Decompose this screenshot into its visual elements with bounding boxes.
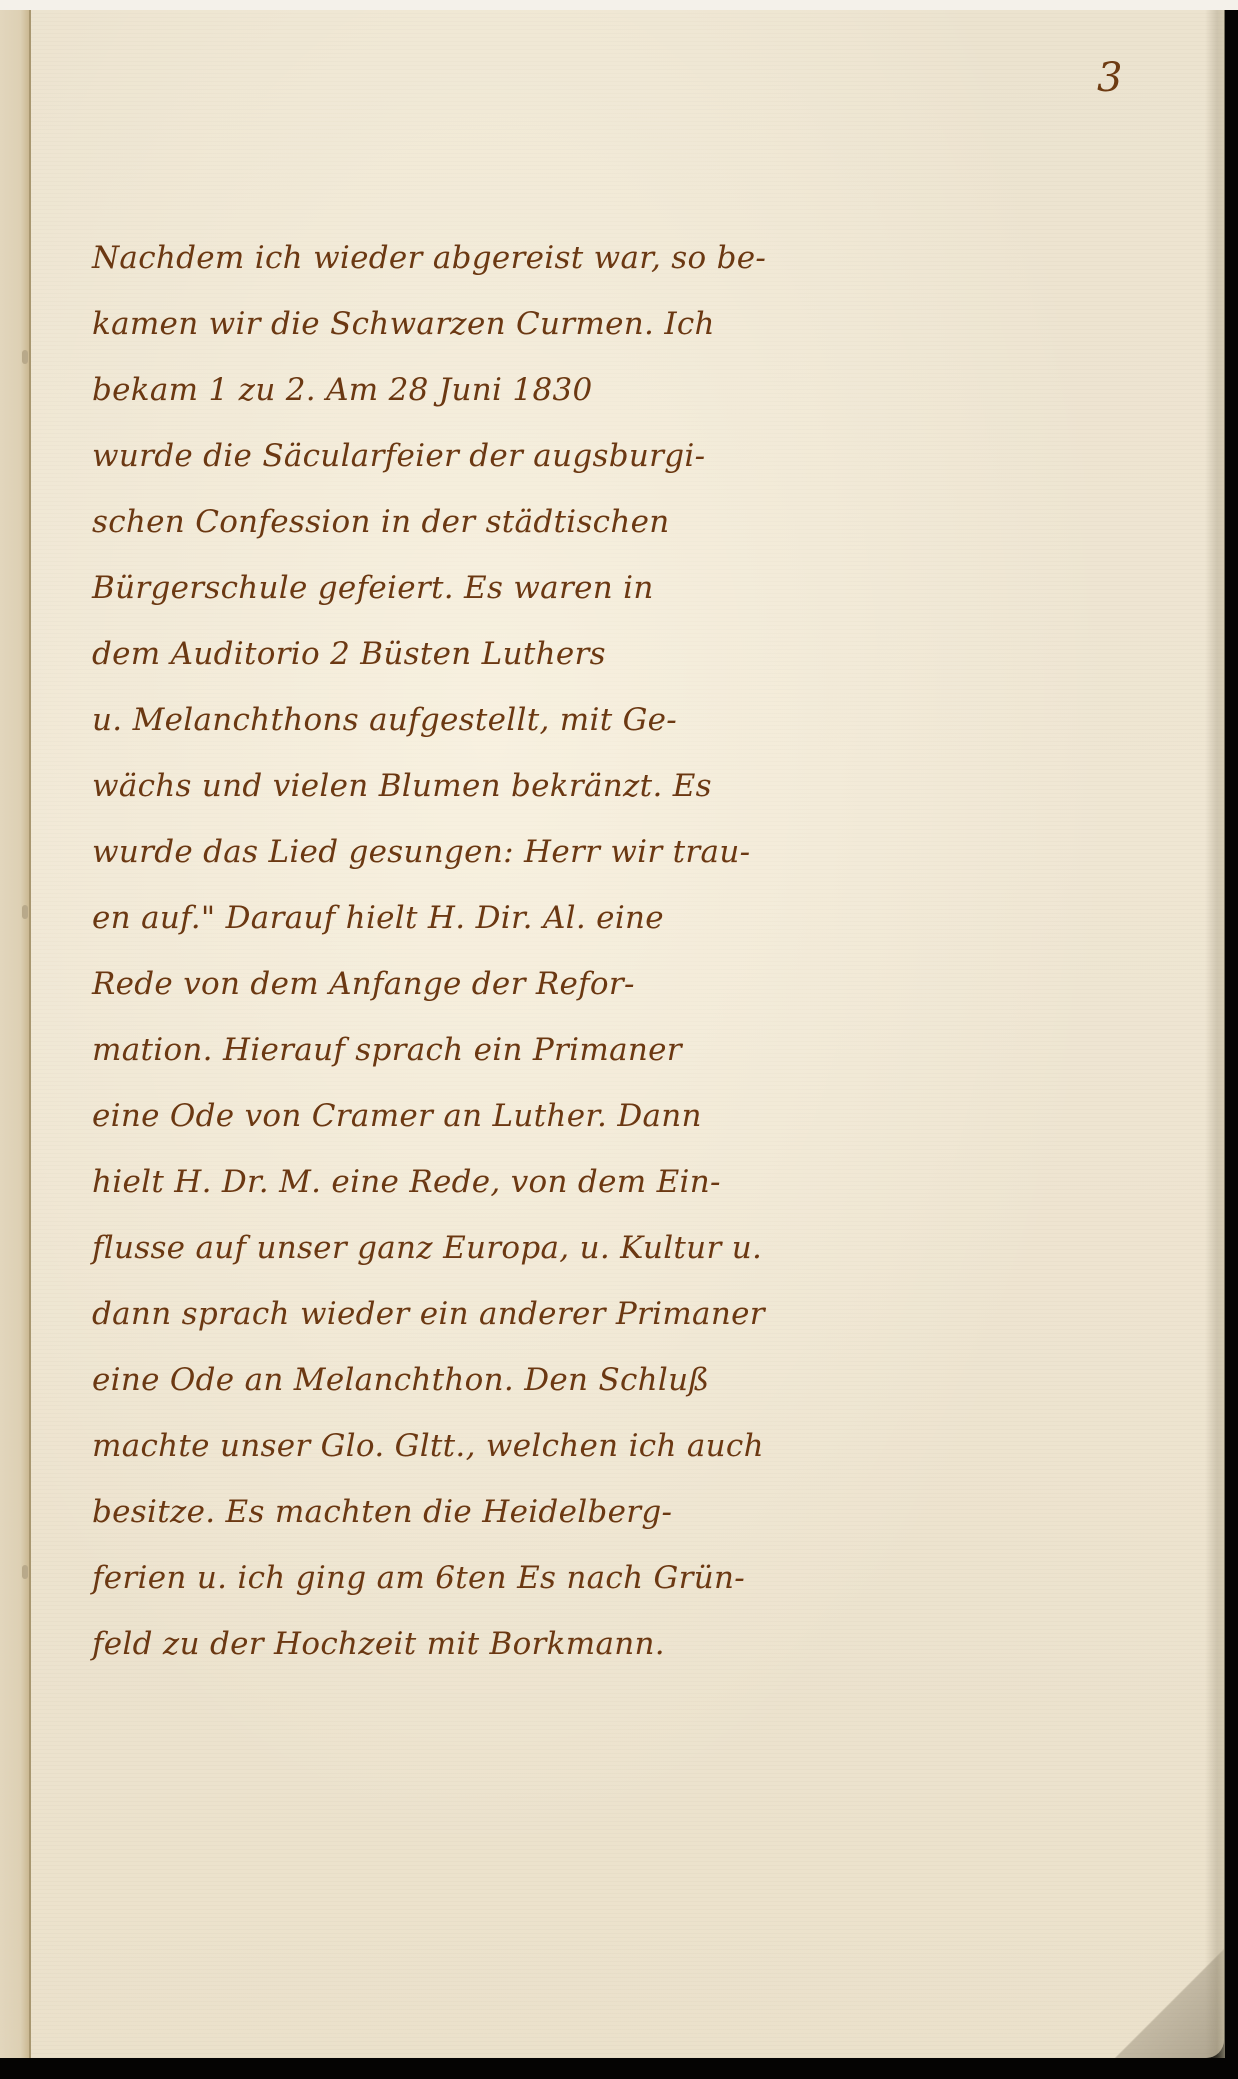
text-line: eine Ode von Cramer an Luther. Dann (92, 1083, 852, 1149)
scan-top-margin (0, 0, 1238, 10)
text-line: ferien u. ich ging am 6ten Es nach Grün- (92, 1545, 852, 1611)
text-line: wurde das Lied gesungen: Herr wir trau- (92, 819, 852, 885)
page-right-edge (1205, 10, 1225, 2058)
text-line: dann sprach wieder ein anderer Primaner (92, 1281, 852, 1347)
text-line: besitze. Es machten die Heidelberg- (92, 1479, 852, 1545)
binding-stitch (22, 1565, 28, 1579)
handwritten-text-block: Nachdem ich wieder abgereist war, so be-… (92, 225, 852, 1677)
text-line: mation. Hierauf sprach ein Primaner (92, 1017, 852, 1083)
text-line: hielt H. Dr. M. eine Rede, von dem Ein- (92, 1149, 852, 1215)
text-line: wurde die Säcularfeier der augsburgi- (92, 423, 852, 489)
text-line: kamen wir die Schwarzen Curmen. Ich (92, 291, 852, 357)
text-line: u. Melanchthons aufgestellt, mit Ge- (92, 687, 852, 753)
text-line: feld zu der Hochzeit mit Borkmann. (92, 1611, 852, 1677)
text-line: Bürgerschule gefeiert. Es waren in (92, 555, 852, 621)
text-line: en auf." Darauf hielt H. Dir. Al. eine (92, 885, 852, 951)
text-line: dem Auditorio 2 Büsten Luthers (92, 621, 852, 687)
text-line: wächs und vielen Blumen bekränzt. Es (92, 753, 852, 819)
page-number: 3 (1097, 55, 1122, 101)
text-line: Rede von dem Anfange der Refor- (92, 951, 852, 1017)
binding-gutter (0, 10, 31, 2058)
text-line: Nachdem ich wieder abgereist war, so be- (92, 225, 852, 291)
text-line: machte unser Glo. Gltt., welchen ich auc… (92, 1413, 852, 1479)
text-line: schen Confession in der städtischen (92, 489, 852, 555)
text-line: eine Ode an Melanchthon. Den Schluß (92, 1347, 852, 1413)
binding-stitch (22, 905, 28, 919)
text-line: flusse auf unser ganz Europa, u. Kultur … (92, 1215, 852, 1281)
text-line: bekam 1 zu 2. Am 28 Juni 1830 (92, 357, 852, 423)
binding-stitch (22, 350, 28, 364)
